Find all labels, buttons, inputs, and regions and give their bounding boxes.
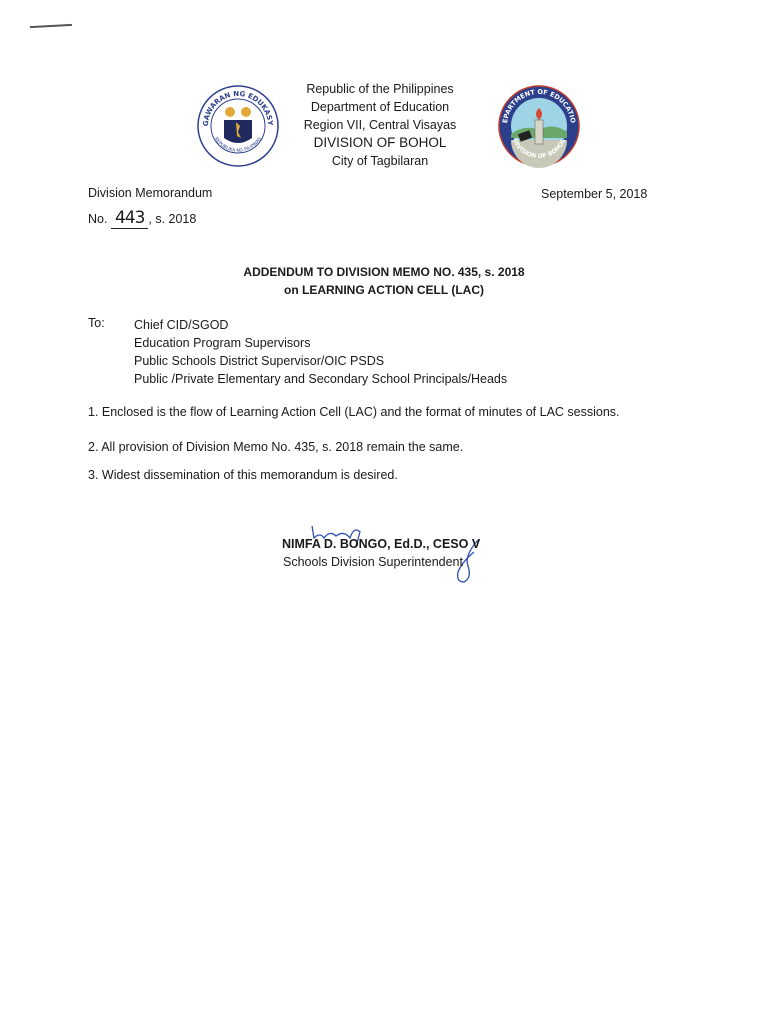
- memo-title-line2: on LEARNING ACTION CELL (LAC): [180, 281, 588, 299]
- paragraph-2: 2. All provision of Division Memo No. 43…: [88, 440, 463, 454]
- memo-title-line1: ADDENDUM TO DIVISION MEMO NO. 435, s. 20…: [180, 263, 588, 281]
- memo-type-label: Division Memorandum: [88, 186, 212, 200]
- paragraph-3: 3. Widest dissemination of this memorand…: [88, 468, 398, 482]
- memo-title: ADDENDUM TO DIVISION MEMO NO. 435, s. 20…: [180, 263, 588, 299]
- republic-line: Republic of the Philippines: [290, 80, 470, 98]
- signatory-title: Schools Division Superintendent: [283, 555, 463, 569]
- division-line: DIVISION OF BOHOL: [290, 134, 470, 152]
- city-line: City of Tagbilaran: [290, 152, 470, 170]
- signatory-name: NIMFA D. BONGO, Ed.D., CESO V: [282, 537, 480, 551]
- recipient: Public Schools District Supervisor/OIC P…: [134, 352, 507, 370]
- region-line: Region VII, Central Visayas: [290, 116, 470, 134]
- to-label: To:: [88, 316, 105, 330]
- recipient: Chief CID/SGOD: [134, 316, 507, 334]
- scan-mark: [30, 24, 72, 28]
- deped-seal-logo: KAGAWARAN NG EDUKASYON REPUBLIKA NG PILI…: [196, 84, 280, 168]
- memo-number: No. 443, s. 2018: [88, 208, 196, 228]
- recipient: Public /Private Elementary and Secondary…: [134, 370, 507, 388]
- division-bohol-seal-logo: DEPARTMENT OF EDUCATION DIVISION OF BOHO…: [497, 84, 581, 168]
- recipient: Education Program Supervisors: [134, 334, 507, 352]
- memo-series: , s. 2018: [148, 212, 196, 226]
- memo-no-prefix: No.: [88, 212, 107, 226]
- letterhead: Republic of the Philippines Department o…: [290, 80, 470, 170]
- department-line: Department of Education: [290, 98, 470, 116]
- recipients-list: Chief CID/SGOD Education Program Supervi…: [134, 316, 507, 388]
- paragraph-1: 1. Enclosed is the flow of Learning Acti…: [88, 405, 620, 419]
- memo-date: September 5, 2018: [541, 187, 647, 201]
- memo-number-handwritten: 443: [111, 208, 148, 229]
